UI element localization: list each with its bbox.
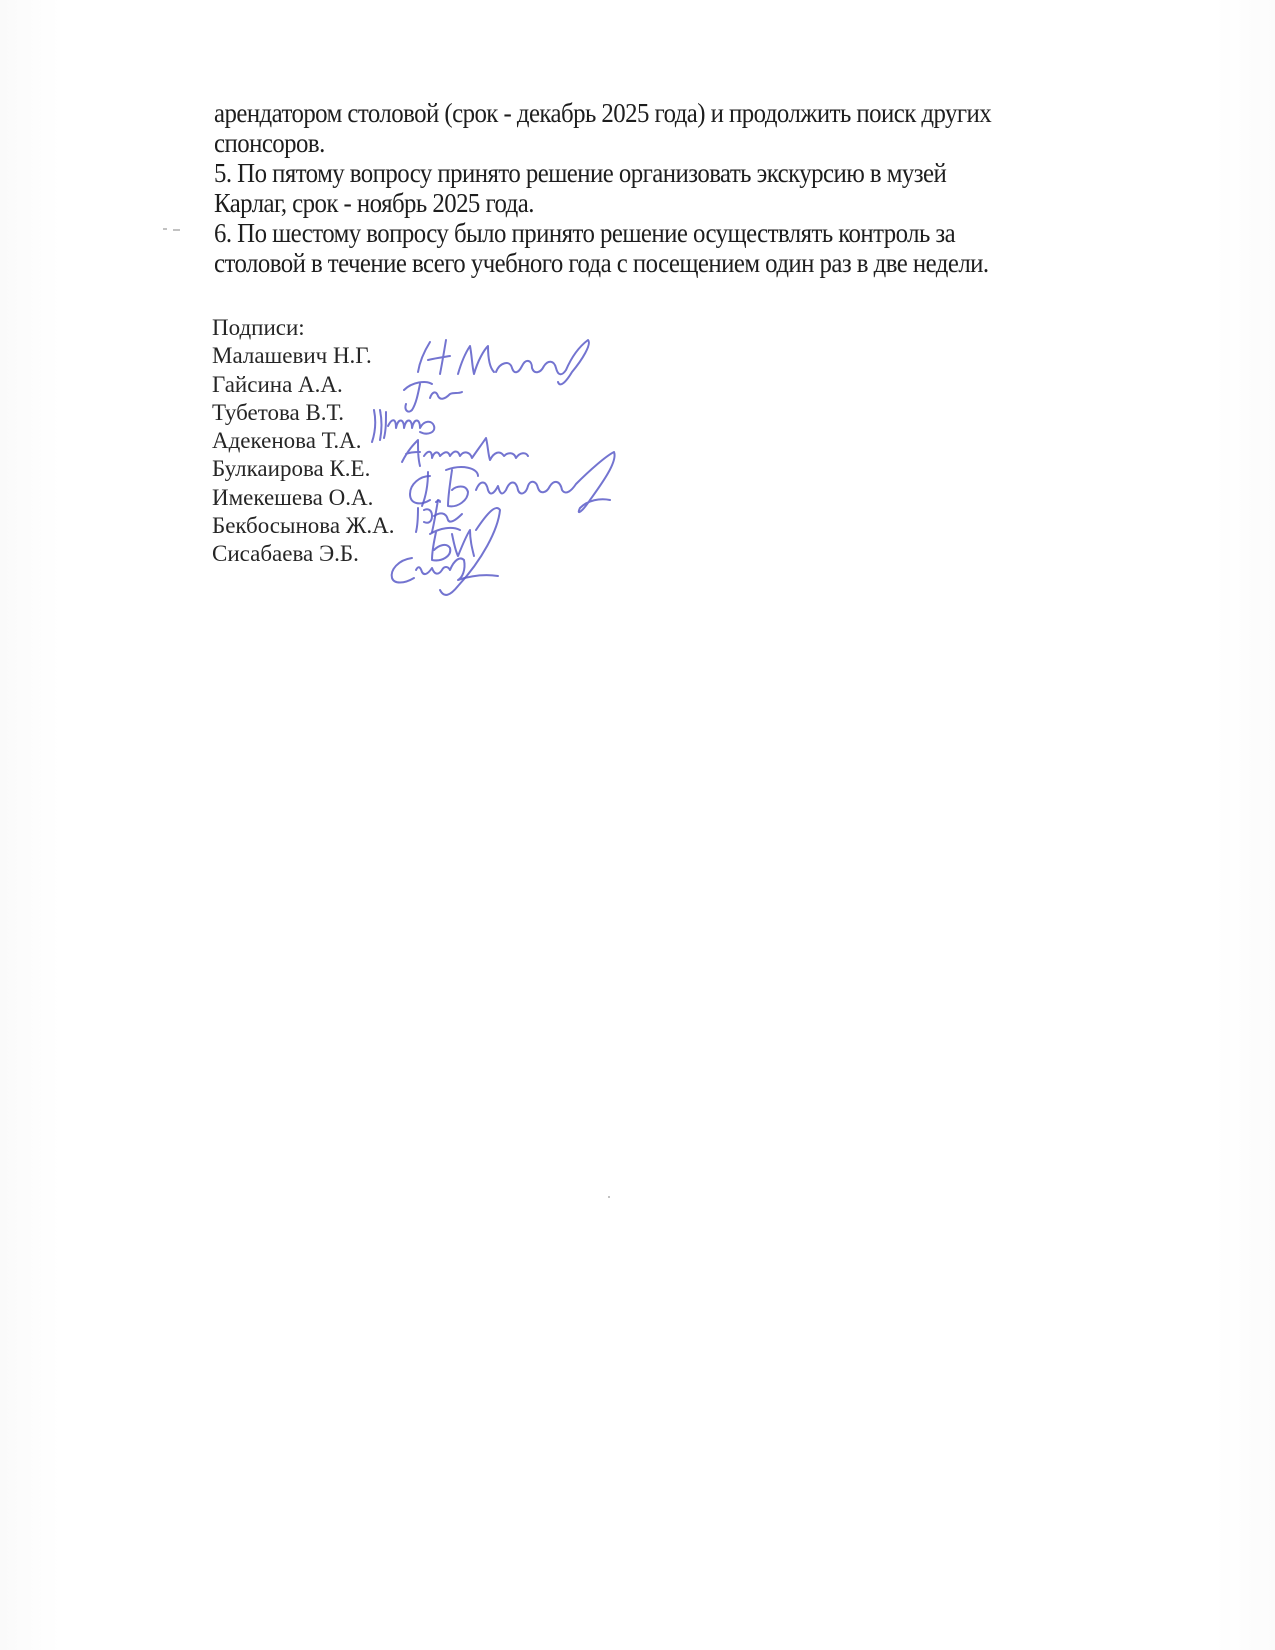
signature-bulkairova <box>410 452 615 512</box>
scanned-page: арендатором столовой (срок - декабрь 202… <box>0 0 1275 1650</box>
paragraph-line: Карлаг, срок - ноябрь 2025 года. <box>214 188 1042 218</box>
signer-name: Тубетова В.Т. <box>212 399 395 427</box>
paragraph-line: спонсоров. <box>214 128 1042 158</box>
paragraph-line: арендатором столовой (срок - декабрь 202… <box>214 98 1042 128</box>
paragraph-line: столовой в течение всего учебного года с… <box>214 248 1042 278</box>
signer-name: Малашевич Н.Г. <box>212 342 395 370</box>
signature-malashevich <box>418 340 589 384</box>
signer-name: Гайсина А.А. <box>212 371 395 399</box>
paragraph-line: 6. По шестому вопросу было принято решен… <box>214 218 1042 248</box>
signature-gaisina <box>404 382 462 412</box>
signature-imekesheva <box>416 500 462 532</box>
protocol-decisions-text: арендатором столовой (срок - декабрь 202… <box>214 98 1042 278</box>
signer-name: Адекенова Т.А. <box>212 427 395 455</box>
signer-name: Булкаирова К.Е. <box>212 455 395 483</box>
signer-name: Бекбосынова Ж.А. <box>212 512 395 540</box>
scan-artifact-mark <box>163 228 167 230</box>
signature-adekenova <box>402 438 528 466</box>
signature-bekbosynova <box>430 508 500 595</box>
signatures-heading: Подписи: <box>212 314 395 342</box>
scan-artifact-mark <box>173 229 180 231</box>
scan-artifact-dot <box>608 1196 610 1198</box>
paragraph-line: 5. По пятому вопросу принято решение орг… <box>214 158 1042 188</box>
signer-name: Сисабаева Э.Б. <box>212 540 395 568</box>
signature-sisabaeva <box>392 558 498 583</box>
signatures-block: Подписи: Малашевич Н.Г. Гайсина А.А. Туб… <box>212 314 395 569</box>
signer-name: Имекешева О.А. <box>212 484 395 512</box>
